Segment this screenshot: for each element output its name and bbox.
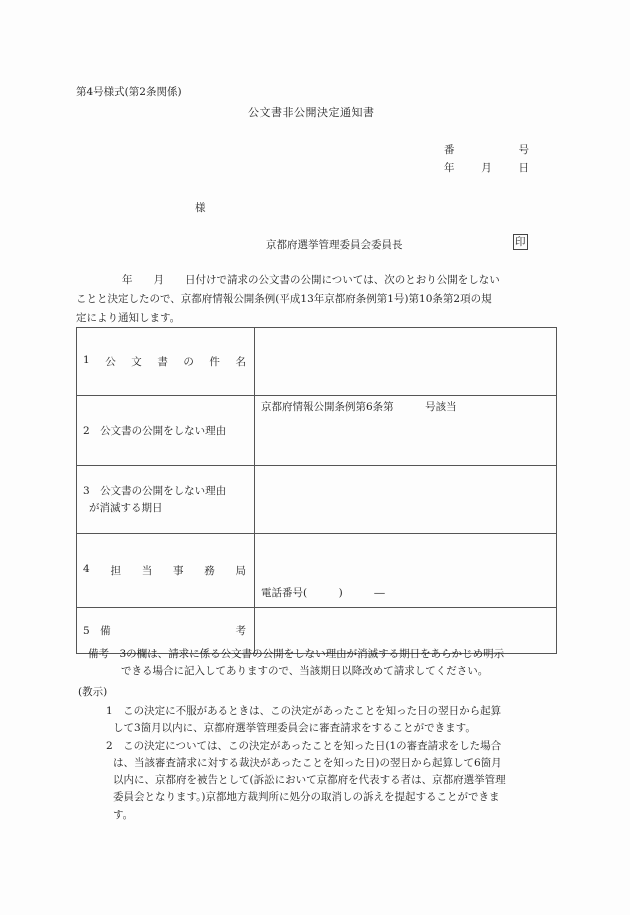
issue-date: 年 月 日 <box>444 160 529 175</box>
label-line: が消滅する期日 <box>83 500 248 517</box>
ref-number-label: 番 <box>444 142 455 157</box>
date-month-label: 月 <box>481 160 492 175</box>
instruction-2-line-3: 以内に、京都府を被告として(訴訟において京都府を代表する者は、京都府選挙管理 <box>106 772 556 789</box>
seal-icon: 印 <box>513 234 528 250</box>
label-char: 4 <box>83 563 90 578</box>
instruction-1-line-2: して3箇月以内に、京都府選挙管理委員会に審査請求をすることができます。 <box>106 720 556 737</box>
reference-number: 番 号 <box>444 142 529 157</box>
remarks-note: 備考 3の欄は、請求に係る公文書の公開をしない理由が消滅する期日をあらかじめ明示… <box>88 646 558 680</box>
table-row: 1 公 文 書 の 件 名 <box>77 328 557 396</box>
date-year-label: 年 <box>444 160 455 175</box>
instructions-list: 1 この決定に不服があるときは、この決定があったことを知った日の翌日から起算 し… <box>106 703 556 824</box>
date-day-label: 日 <box>519 160 530 175</box>
instruction-2-line-2: は、当該審査請求に対する裁決があったことを知った日)の翌日から起算して6箇月 <box>106 755 556 772</box>
instructions-heading: (教示) <box>78 684 107 699</box>
label-text: 5 備 <box>83 623 111 638</box>
label-char: 務 <box>204 563 215 578</box>
nondisclosure-reason-label: 2 公文書の公開をしない理由 <box>77 396 255 466</box>
nondisclosure-reason-value[interactable]: 京都府情報公開条例第6条第 号該当 <box>255 396 557 466</box>
label-char: の <box>183 354 194 369</box>
body-line-2: ことと決定したので、京都府情報公開条例(平成13年京都府条例第1号)第10条第2… <box>76 290 560 309</box>
label-char: 局 <box>235 563 246 578</box>
note-line-1: 備考 3の欄は、請求に係る公文書の公開をしない理由が消滅する期日をあらかじめ明示 <box>88 646 558 663</box>
label-char: 1 <box>83 354 90 369</box>
reason-expiry-label: 3 公文書の公開をしない理由 が消滅する期日 <box>77 466 255 534</box>
document-name-label: 1 公 文 書 の 件 名 <box>77 328 255 396</box>
office-in-charge-label: 4 担 当 事 務 局 <box>77 534 255 608</box>
form-number: 第4号様式(第2条関係) <box>76 84 182 99</box>
sender: 京都府選挙管理委員会委員長 <box>266 237 403 252</box>
label-char: 公 <box>105 354 116 369</box>
decision-table: 1 公 文 書 の 件 名 2 公文書の公開をしない理由 京都府情報公開条例第6… <box>76 327 557 654</box>
label-line: 3 公文書の公開をしない理由 <box>83 483 248 500</box>
instruction-2-line-1: 2 この決定については、この決定があったことを知った日(1の審査請求をした場合 <box>106 738 556 755</box>
addressee: 様 <box>195 200 206 215</box>
label-char: 事 <box>173 563 184 578</box>
office-phone-value[interactable]: 電話番号( ) ― <box>255 534 557 608</box>
table-row: 2 公文書の公開をしない理由 京都府情報公開条例第6条第 号該当 <box>77 396 557 466</box>
table-row: 4 担 当 事 務 局 電話番号( ) ― <box>77 534 557 608</box>
label-char: 名 <box>235 354 246 369</box>
table-row: 3 公文書の公開をしない理由 が消滅する期日 <box>77 466 557 534</box>
label-char: 件 <box>209 354 220 369</box>
label-char: 担 <box>110 563 121 578</box>
reason-expiry-value[interactable] <box>255 466 557 534</box>
body-line-1: 年 月 日付けで請求の公文書の公開については、次のとおり公開をしない <box>76 271 560 290</box>
label-char: 当 <box>142 563 153 578</box>
document-title: 公文書非公開決定通知書 <box>248 104 375 120</box>
instruction-2-line-4: 委員会となります。)京都地方裁判所に処分の取消しの訴えを提起することができま <box>106 789 556 806</box>
label-text: 考 <box>236 623 247 638</box>
instruction-2-line-5: す。 <box>106 807 556 824</box>
document-name-value[interactable] <box>255 328 557 396</box>
ref-number-suffix: 号 <box>519 142 530 157</box>
notice-body: 年 月 日付けで請求の公文書の公開については、次のとおり公開をしない ことと決定… <box>76 271 560 328</box>
note-line-2: できる場合に記入してありますので、当該期日以降改めて請求してください。 <box>88 663 558 680</box>
label-char: 書 <box>157 354 168 369</box>
label-char: 文 <box>131 354 142 369</box>
body-line-3: 定により通知します。 <box>76 309 560 328</box>
instruction-1-line-1: 1 この決定に不服があるときは、この決定があったことを知った日の翌日から起算 <box>106 703 556 720</box>
